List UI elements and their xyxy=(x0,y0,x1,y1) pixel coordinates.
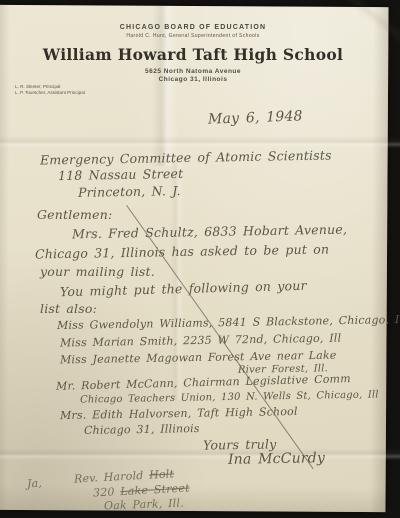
school-city: Chicago 31, Illinois xyxy=(0,76,386,83)
body-line: Chicago 31, Illinois xyxy=(84,422,200,437)
superintendent-line: Harold C. Hunt, General Superintendent o… xyxy=(0,33,386,39)
school-name: William Howard Taft High School xyxy=(0,45,386,64)
pencil-note-city: Oak Park, Ill. xyxy=(104,497,184,513)
school-street: 5625 North Natoma Avenue xyxy=(0,68,386,75)
recipient-line: Princeton, N. J. xyxy=(78,183,181,200)
salutation: Gentlemen: xyxy=(37,207,112,222)
assistant-principal-line: L. P. Tourscher, Assistant Principal xyxy=(15,90,85,96)
body-line: list also: xyxy=(40,301,97,316)
body-line: your mailing list. xyxy=(40,264,155,279)
board-of-education-line: CHICAGO BOARD OF EDUCATION xyxy=(0,24,386,31)
pencil-note-struck-name: Holt xyxy=(149,467,175,481)
recipient-line: 118 Nassau Street xyxy=(58,166,184,183)
pencil-note-street-number: 320 xyxy=(93,485,121,499)
principal-block: L. R. Sleeter, Principal L. P. Tourscher… xyxy=(15,84,85,96)
date-line: May 6, 1948 xyxy=(208,108,303,127)
letterhead: CHICAGO BOARD OF EDUCATION Harold C. Hun… xyxy=(0,24,386,83)
pencil-note-prefix: Ja, xyxy=(27,477,43,491)
